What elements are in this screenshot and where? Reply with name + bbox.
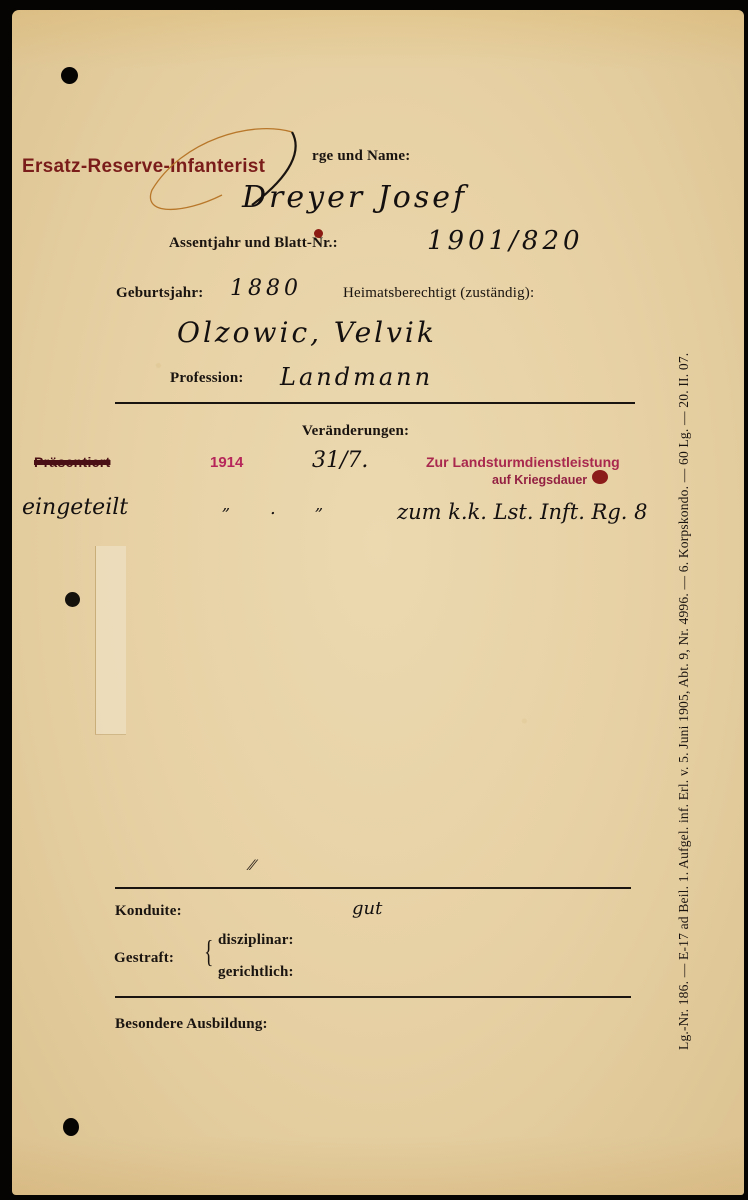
ditto-mark: „ — [222, 495, 230, 514]
ausbildung-label: Besondere Ausbildung: — [115, 1016, 268, 1033]
konduite-value: gut — [352, 898, 382, 919]
divider-line — [115, 996, 631, 998]
konduite-label: Konduite: — [115, 903, 182, 920]
landsturm-stamp-line1: Zur Landsturmdienstleistung — [426, 454, 620, 470]
divider-line — [115, 887, 631, 889]
year-stamp: 1914 — [210, 454, 243, 471]
name-value: Dreyer Josef — [242, 180, 467, 215]
change-target: zum k.k. Lst. Inft. Rg. 8 — [397, 500, 648, 524]
punch-hole-middle — [65, 592, 80, 607]
ink-blot — [592, 470, 608, 484]
ditto-mark: . — [270, 498, 276, 519]
assentjahr-label: Assentjahr und Blatt-Nr.: — [169, 235, 338, 252]
changes-title: Veränderungen: — [302, 423, 409, 440]
praesentiert-stamp: Präsentiert — [34, 454, 110, 470]
assentjahr-value: 1901/820 — [427, 226, 584, 256]
margin-form-reference: Lg.-Nr. 186. — E-17 ad Beil. 1. Aufgel. … — [676, 353, 692, 1050]
charge-label: rge und Name: — [312, 148, 410, 165]
gerichtlich-label: gerichtlich: — [218, 964, 294, 981]
landsturm-stamp-line2: auf Kriegsdauer — [492, 473, 587, 487]
change-date: 31/7. — [312, 448, 368, 473]
punch-hole-top — [61, 67, 78, 84]
heimat-value: Olzowic, Velvik — [177, 316, 437, 349]
heimat-label: Heimatsberechtigt (zuständig): — [343, 285, 534, 302]
geburtsjahr-label: Geburtsjahr: — [116, 285, 203, 302]
disziplinar-label: disziplinar: — [218, 932, 294, 949]
gestraft-label: Gestraft: — [114, 950, 174, 967]
profession-label: Profession: — [170, 370, 244, 387]
ink-blot — [314, 229, 323, 238]
geburtsjahr-value: 1880 — [230, 276, 302, 301]
ditto-mark: „ — [315, 495, 323, 514]
change-action: eingeteilt — [22, 495, 128, 520]
divider-line — [115, 402, 635, 404]
profession-value: Landmann — [280, 363, 433, 391]
brace: { — [204, 933, 213, 970]
pencil-marks: ⁄⁄ — [250, 858, 255, 874]
record-card: Ersatz-Reserve-Infanterist rge und Name:… — [12, 10, 744, 1195]
punch-hole-bottom — [63, 1118, 79, 1136]
tape-remnant — [95, 546, 126, 735]
